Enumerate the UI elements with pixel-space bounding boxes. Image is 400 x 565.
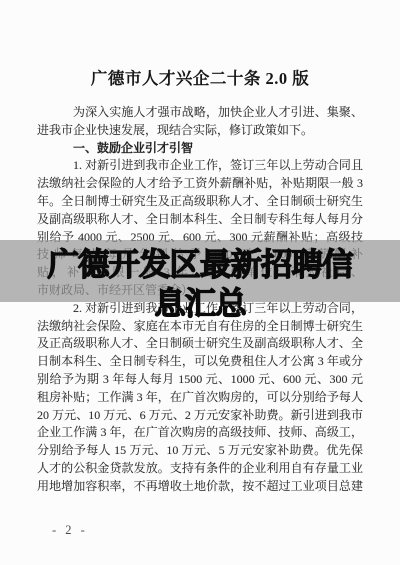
section-heading: 一、鼓励企业引才引智 — [37, 140, 363, 158]
text-line: 20 万元、10 万元、6 万元、2 万元安家补助费。新引进到我市 — [37, 407, 363, 425]
text-line: 为深入实施人才强市战略，加快企业人才引进、集聚、促 — [37, 104, 363, 122]
watermark-headline-line1: 广德开发区最新招聘信 — [0, 246, 400, 285]
watermark-headline-line2: 息汇总 — [0, 285, 400, 324]
text-line: 进我市企业快速发展，现结合实际，修订政策如下。 — [37, 122, 363, 140]
document-title: 广德市人才兴企二十条 2.0 版 — [0, 65, 400, 89]
text-line: 企业工作满 3 年，在广首次购房的高级技师、技师、高级工， — [37, 424, 363, 442]
text-line: 年。全日制博士研究生及正高级职称人才、全日制硕士研究生 — [37, 193, 363, 211]
page-number: - 2 - — [52, 523, 88, 538]
text-line: 别给予为期 3 年每人每月 1500 元、1000 元、600 元、300 元的 — [37, 371, 363, 389]
text-line: 租房补贴；工作满 3 年，在广首次购房的，可以分别给予每人 — [37, 389, 363, 407]
scanned-document-page: 广德市人才兴企二十条 2.0 版 为深入实施人才强市战略，加快企业人才引进、集聚… — [0, 0, 400, 565]
text-line: 日制本科生、全日制专科生，可以免费租住人才公寓 3 年或分 — [37, 353, 363, 371]
watermark-headline: 广德开发区最新招聘信 息汇总 — [0, 246, 400, 323]
text-line: 分别给予每人 15 万元、10 万元、5 万元安家补助费。优先保证 — [37, 442, 363, 460]
text-line: 用地增加容积率，不再增收土地价款，按不超过工业项目总建 — [37, 478, 363, 496]
text-line: 及副高级职称人才、全日制本科生、全日制专科生每人每月分 — [37, 211, 363, 229]
text-line: 1. 对新引进到我市企业工作，签订三年以上劳动合同且依 — [37, 157, 363, 175]
text-line: 人才的公积金贷款发放。支持有条件的企业利用自有存量工业 — [37, 460, 363, 478]
text-line: 法缴纳社会保险的人才给予工资外薪酬补贴，补贴期限一般 3 — [37, 175, 363, 193]
text-line: 及正高级职称人才、全日制硕士研究生及副高级职称人才、全 — [37, 335, 363, 353]
